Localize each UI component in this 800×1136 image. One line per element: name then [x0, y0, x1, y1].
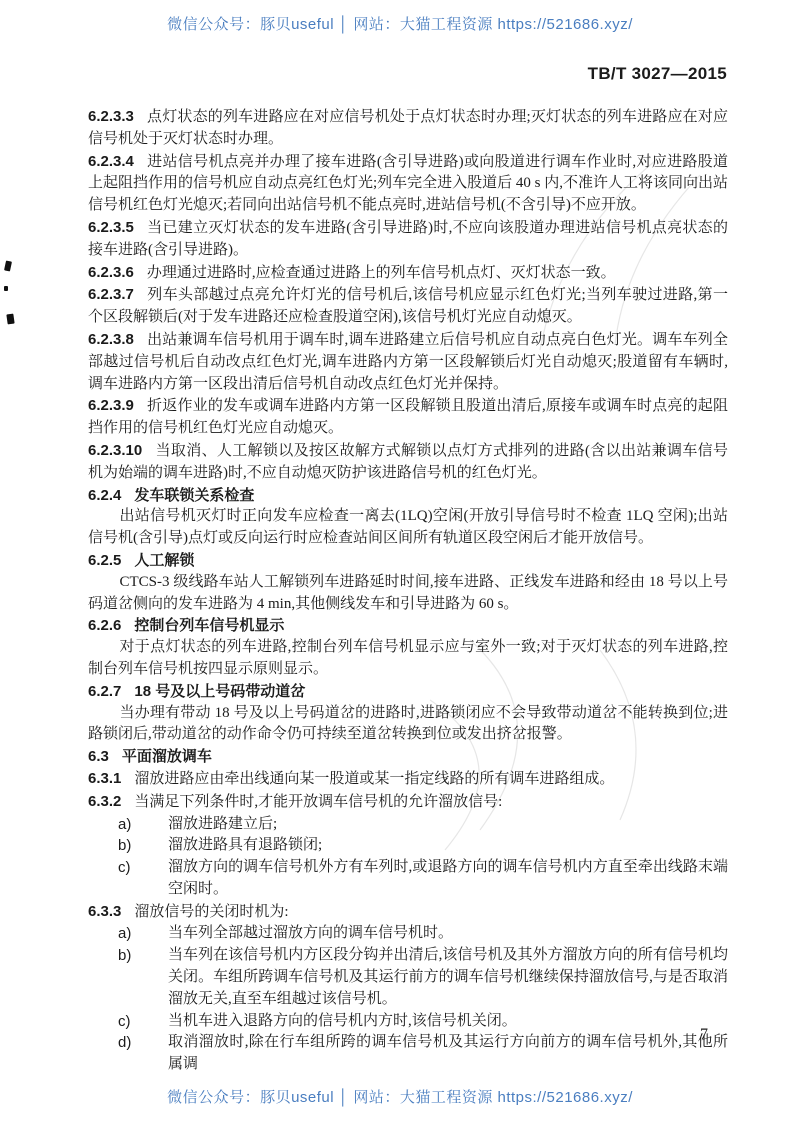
clause-text: 点灯状态的列车进路应在对应信号机处于点灯状态时办理;灭灯状态的列车进路应在对应信…: [88, 109, 728, 147]
clause-number: 6.2.4: [88, 487, 134, 504]
clause-text: 平面溜放调车: [122, 748, 212, 765]
clause-number: 6.2.3.8: [88, 331, 147, 348]
clause-text: 当机车进入退路方向的信号机内方时,该信号机关闭。: [168, 1013, 517, 1029]
numbered-clause: 6.2.3.9折返作业的发车或调车进路内方第一区段解锁且股道出清后,原接车或调车…: [88, 395, 728, 440]
list-item: a)当车列全部越过溜放方向的调车信号机时。: [88, 923, 728, 945]
clause-text: 当办理有带动 18 号及以上号码道岔的进路时,进路锁闭应不会导致带动道岔不能转换…: [88, 705, 728, 743]
clause-number: 6.3.2: [88, 793, 134, 810]
clause-text: 列车头部越过点亮允许灯光的信号机后,该信号机应显示红色灯光;当列车驶过进路,第一…: [88, 287, 728, 325]
clause-text: 出站信号机灭灯时正向发车应检查一离去(1LQ)空闲(开放引导信号时不检查 1LQ…: [88, 508, 728, 546]
list-item: b)溜放进路具有退路锁闭;: [88, 835, 728, 857]
list-item-letter: b): [118, 835, 131, 857]
clause-number: 6.2.3.4: [88, 153, 147, 170]
clause-text: 溜放进路应由牵出线通向某一股道或某一指定线路的所有调车进路组成。: [134, 771, 614, 787]
clause-text: 进站信号机点亮并办理了接车进路(含引导进路)或向股道进行调车作业时,对应进路股道…: [88, 154, 728, 214]
clause-number: 6.2.3.6: [88, 264, 147, 281]
clause-text: 当已建立灭灯状态的发车进路(含引导进路)时,不应向该股道办理进站信号机点亮状态的…: [88, 220, 728, 258]
numbered-clause: 6.3.2当满足下列条件时,才能开放调车信号机的允许溜放信号:: [88, 791, 728, 814]
clause-number: 6.2.3.3: [88, 108, 147, 125]
clause-text: 当车列全部越过溜放方向的调车信号机时。: [168, 925, 453, 941]
standard-number: TB/T 3027—2015: [588, 64, 727, 84]
top-watermark-text: 微信公众号：豚贝useful │ 网站：大猫工程资源 https://52168…: [0, 13, 800, 34]
clause-text: CTCS-3 级线路车站人工解锁列车进路延时时间,接车进路、正线发车进路和经由 …: [88, 574, 728, 612]
clause-number: 6.2.6: [88, 617, 134, 634]
clause-text: 控制台列车信号机显示: [134, 617, 284, 634]
clause-text: 折返作业的发车或调车进路内方第一区段解锁且股道出清后,原接车或调车时点亮的起阻挡…: [88, 398, 728, 436]
numbered-clause: 6.2.3.4进站信号机点亮并办理了接车进路(含引导进路)或向股道进行调车作业时…: [88, 151, 728, 217]
clause-text: 溜放方向的调车信号机外方有车列时,或退路方向的调车信号机内方直至牵出线路末端空闲…: [168, 859, 728, 897]
list-item: a)溜放进路建立后;: [88, 814, 728, 836]
clause-text: 溜放进路具有退路锁闭;: [168, 837, 322, 853]
list-item: c)溜放方向的调车信号机外方有车列时,或退路方向的调车信号机内方直至牵出线路末端…: [88, 857, 728, 901]
section-heading: 6.2.5人工解锁: [88, 550, 728, 572]
clause-text: 出站兼调车信号机用于调车时,调车进路建立后信号机应自动点亮白色灯光。调车车列全部…: [88, 332, 728, 392]
numbered-clause: 6.2.3.3点灯状态的列车进路应在对应信号机处于点灯状态时办理;灭灯状态的列车…: [88, 106, 728, 151]
list-item-letter: c): [118, 1011, 131, 1033]
clause-text: 人工解锁: [134, 552, 194, 569]
section-heading: 6.2.718 号及以上号码带动道岔: [88, 681, 728, 703]
scan-artifact: [4, 260, 12, 271]
numbered-clause: 6.2.3.6办理通过进路时,应检查通过进路上的列车信号机点灯、灭灯状态一致。: [88, 262, 728, 285]
clause-text: 当车列在该信号机内方区段分钩并出清后,该信号机及其外方溜放方向的所有信号机均关闭…: [168, 947, 728, 1007]
body-paragraph: CTCS-3 级线路车站人工解锁列车进路延时时间,接车进路、正线发车进路和经由 …: [88, 572, 728, 616]
list-item: c)当机车进入退路方向的信号机内方时,该信号机关闭。: [88, 1011, 728, 1033]
clause-text: 办理通过进路时,应检查通过进路上的列车信号机点灯、灭灯状态一致。: [147, 265, 616, 281]
clause-text: 18 号及以上号码带动道岔: [134, 683, 305, 700]
numbered-clause: 6.3.3溜放信号的关闭时机为:: [88, 901, 728, 924]
list-item-letter: c): [118, 857, 131, 879]
section-heading: 6.2.6控制台列车信号机显示: [88, 615, 728, 637]
clause-number: 6.2.3.5: [88, 219, 147, 236]
bottom-watermark-text: 微信公众号：豚贝useful │ 网站：大猫工程资源 https://52168…: [0, 1086, 800, 1107]
clause-number: 6.2.7: [88, 683, 134, 700]
list-item: d)取消溜放时,除在行车组所跨的调车信号机及其运行方向前方的调车信号机外,其他所…: [88, 1032, 728, 1076]
body-paragraph: 出站信号机灭灯时正向发车应检查一离去(1LQ)空闲(开放引导信号时不检查 1LQ…: [88, 506, 728, 550]
clause-number: 6.2.3.9: [88, 397, 147, 414]
document-page: 微信公众号：豚贝useful │ 网站：大猫工程资源 https://52168…: [0, 0, 800, 1136]
document-body: 6.2.3.3点灯状态的列车进路应在对应信号机处于点灯状态时办理;灭灯状态的列车…: [88, 106, 728, 1076]
clause-number: 6.2.3.7: [88, 286, 147, 303]
page-number: 7: [700, 1026, 708, 1044]
clause-number: 6.3.3: [88, 903, 134, 920]
clause-text: 对于点灯状态的列车进路,控制台列车信号机显示应与室外一致;对于灭灯状态的列车进路…: [88, 639, 728, 677]
clause-number: 6.2.3.10: [88, 442, 155, 459]
clause-number: 6.3.1: [88, 770, 134, 787]
list-item: b)当车列在该信号机内方区段分钩并出清后,该信号机及其外方溜放方向的所有信号机均…: [88, 945, 728, 1010]
scan-artifact: [6, 314, 14, 325]
clause-text: 发车联锁关系检查: [134, 487, 254, 504]
numbered-clause: 6.3.1溜放进路应由牵出线通向某一股道或某一指定线路的所有调车进路组成。: [88, 768, 728, 791]
list-item-letter: a): [118, 814, 131, 836]
clause-text: 取消溜放时,除在行车组所跨的调车信号机及其运行方向前方的调车信号机外,其他所属调: [168, 1034, 728, 1072]
list-item-letter: b): [118, 945, 131, 967]
body-paragraph: 对于点灯状态的列车进路,控制台列车信号机显示应与室外一致;对于灭灯状态的列车进路…: [88, 637, 728, 681]
clause-text: 溜放进路建立后;: [168, 816, 277, 832]
list-item-letter: a): [118, 923, 131, 945]
section-heading: 6.3平面溜放调车: [88, 746, 728, 768]
clause-text: 当满足下列条件时,才能开放调车信号机的允许溜放信号:: [134, 794, 502, 810]
numbered-clause: 6.2.3.10当取消、人工解锁以及按区故解方式解锁以点灯方式排列的进路(含以出…: [88, 440, 728, 485]
numbered-clause: 6.2.3.5当已建立灭灯状态的发车进路(含引导进路)时,不应向该股道办理进站信…: [88, 217, 728, 262]
body-paragraph: 当办理有带动 18 号及以上号码道岔的进路时,进路锁闭应不会导致带动道岔不能转换…: [88, 703, 728, 747]
clause-number: 6.2.5: [88, 552, 134, 569]
clause-text: 溜放信号的关闭时机为:: [134, 904, 288, 920]
clause-number: 6.3: [88, 748, 122, 765]
clause-text: 当取消、人工解锁以及按区故解方式解锁以点灯方式排列的进路(含以出站兼调车信号机为…: [88, 443, 728, 481]
list-item-letter: d): [118, 1032, 131, 1054]
section-heading: 6.2.4发车联锁关系检查: [88, 485, 728, 507]
numbered-clause: 6.2.3.8出站兼调车信号机用于调车时,调车进路建立后信号机应自动点亮白色灯光…: [88, 329, 728, 395]
scan-artifact: [4, 286, 8, 291]
numbered-clause: 6.2.3.7列车头部越过点亮允许灯光的信号机后,该信号机应显示红色灯光;当列车…: [88, 284, 728, 329]
